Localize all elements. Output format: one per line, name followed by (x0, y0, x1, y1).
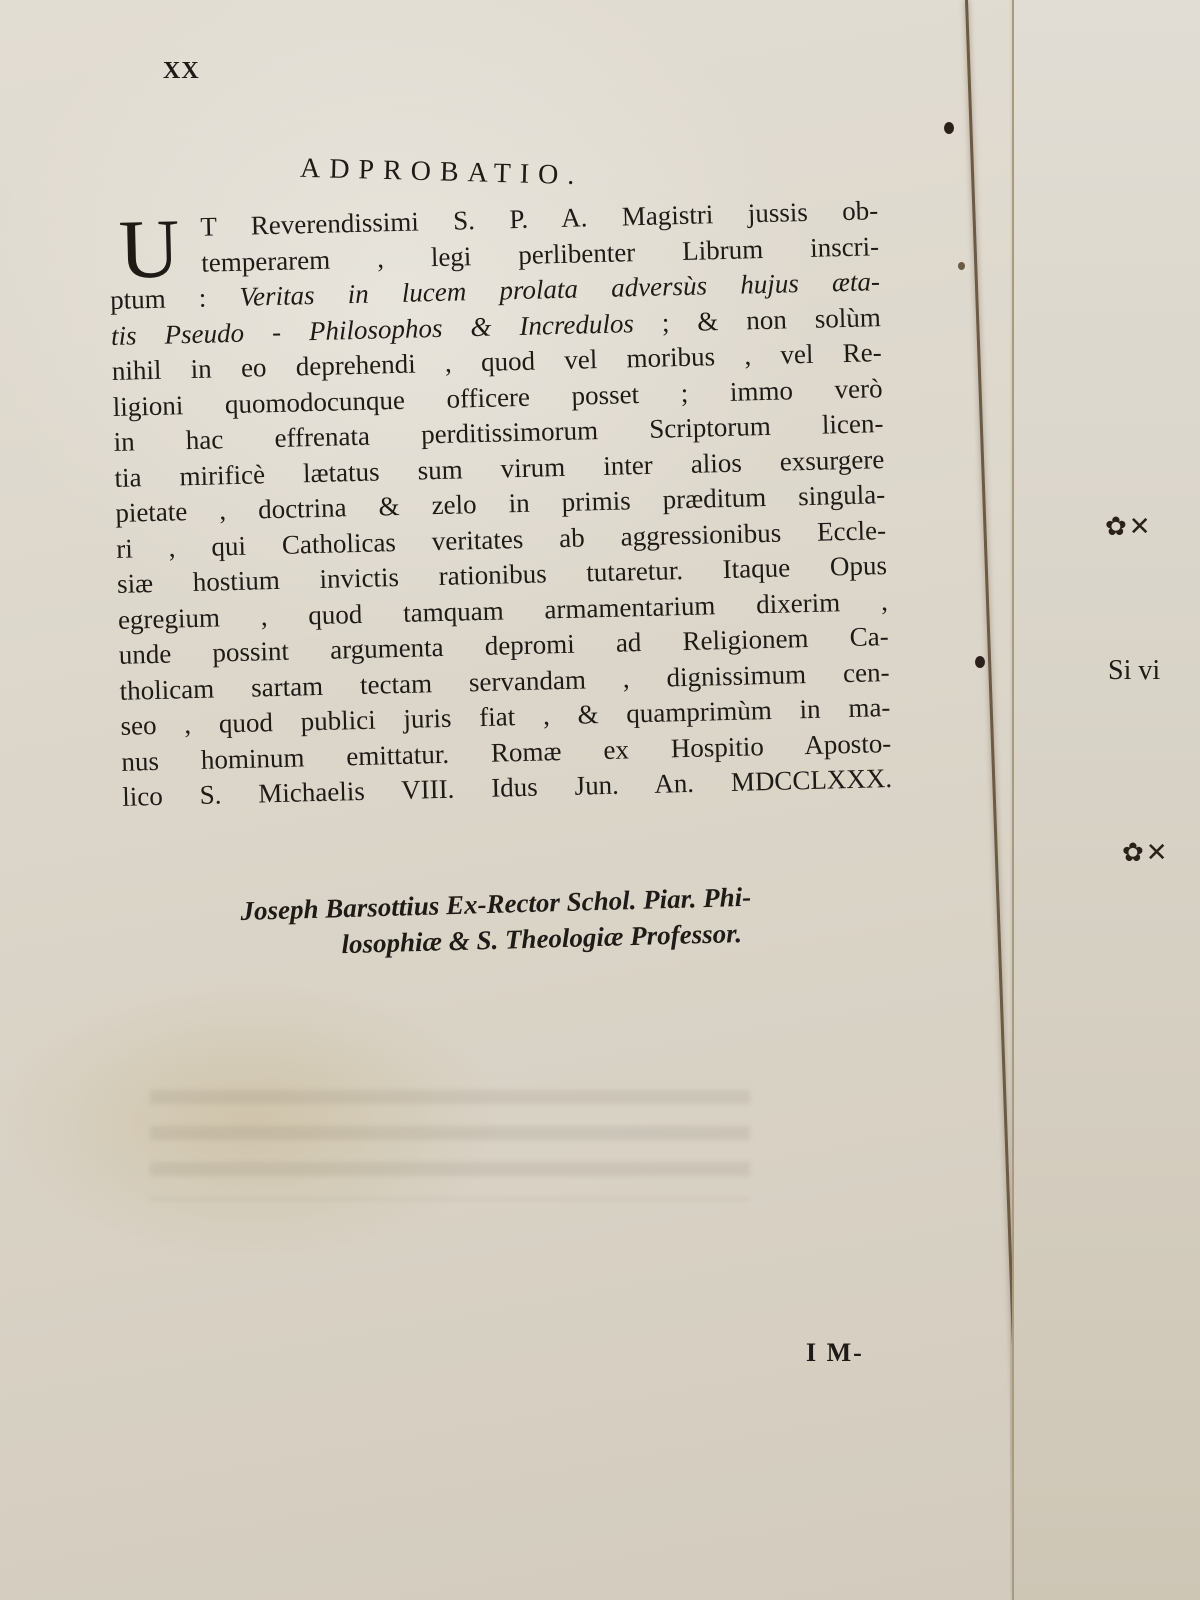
drop-cap: U (118, 210, 181, 289)
ink-offset-ghost (150, 1090, 750, 1200)
catchword: I M- (806, 1338, 864, 1368)
page-number: XX (163, 58, 200, 85)
stitch-hole (958, 262, 965, 270)
facing-page (1012, 0, 1200, 1600)
approbation-body: U T Reverendissimi S. P. A. Magistri jus… (108, 193, 893, 815)
ornament-icon: ✿✕ (1105, 512, 1153, 542)
left-page: XX ADPROBATIO. U T Reverendissimi S. P. … (0, 0, 1010, 1600)
body-line-roman: ; & non solùm (633, 302, 881, 338)
stitch-hole (975, 656, 985, 668)
page-heading: ADPROBATIO. (300, 153, 701, 195)
ornament-icon: ✿✕ (1122, 838, 1170, 868)
signature-block: Joseph Barsottius Ex-Rector Schol. Piar.… (240, 875, 892, 965)
stitch-hole (944, 122, 954, 134)
facing-page-text: Si vi (1108, 655, 1160, 687)
